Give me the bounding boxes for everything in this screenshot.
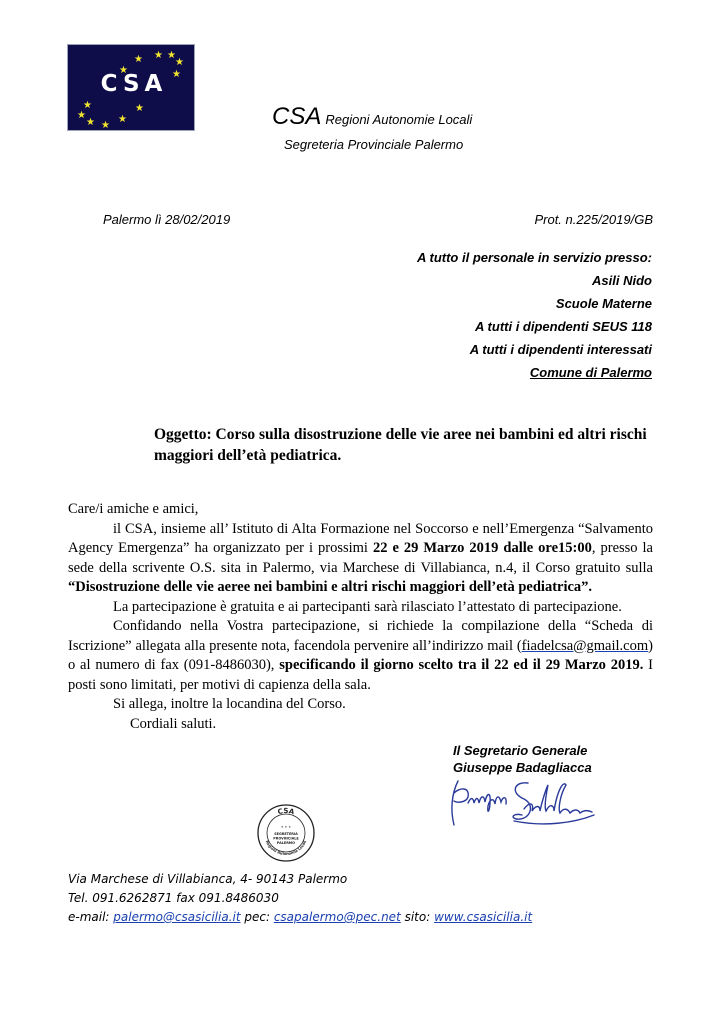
recipient-line: A tutto il personale in servizio presso: [417,249,652,272]
paragraph-free-participation: La partecipazione è gratuita e ai partec… [68,598,653,618]
star-icon: ★ [77,111,86,121]
star-icon: ★ [118,115,127,125]
footer-address: Via Marchese di Villabianca, 4- 90143 Pa… [68,870,532,889]
paragraph-course-info: il CSA, insieme all’ Istituto di Alta Fo… [68,520,653,598]
greeting: Care/i amiche e amici, [68,500,653,520]
footer-phone: Tel. 091.6262871 fax 091.8486030 [68,889,532,908]
email-label: e-mail: [68,910,113,924]
choose-date-note: specificando il giorno scelto tra il 22 … [279,657,643,673]
star-icon: ★ [134,55,143,65]
star-icon: ★ [172,70,181,80]
footer-contacts: Via Marchese di Villabianca, 4- 90143 Pa… [68,870,532,927]
course-dates: 22 e 29 Marzo 2019 dalle ore15:00 [373,540,592,556]
course-title: “Disostruzione delle vie aeree nei bambi… [68,579,592,595]
org-name: CSA [272,103,321,130]
svg-text:✶ ✶ ✶: ✶ ✶ ✶ [281,825,292,829]
pec-label: pec: [241,910,274,924]
website-link[interactable]: www.csasicilia.it [434,910,532,924]
subject-line-1: Oggetto: Corso sulla disostruzione delle… [154,424,674,445]
subject-line-2: maggiori dell’età pediatrica. [154,445,674,466]
signature-block: Il Segretario Generale Giuseppe Badaglia… [453,742,592,776]
svg-text:PALERMO: PALERMO [277,841,295,845]
svg-text:CSA: CSA [277,807,296,816]
footer-links: e-mail: palermo@csasicilia.it pec: csapa… [68,908,532,927]
pec-link[interactable]: csapalermo@pec.net [274,910,401,924]
signer-title: Il Segretario Generale [453,742,592,759]
svg-text:SEGRETERIA: SEGRETERIA [274,832,298,836]
subject: Oggetto: Corso sulla disostruzione delle… [154,424,674,466]
recipient-line: Scuole Materne [417,295,652,318]
paragraph-registration: Confidando nella Vostra partecipazione, … [68,617,653,695]
star-icon: ★ [86,118,95,128]
recipient-line: Asili Nido [417,272,652,295]
closing: Cordiali saluti. [68,715,653,735]
star-icon: ★ [175,58,184,68]
star-icon: ★ [101,121,110,131]
star-icon: ★ [119,66,128,76]
protocol-number: Prot. n.225/2019/GB [534,212,653,227]
org-department: Segreteria Provinciale Palermo [284,137,463,152]
handwritten-signature [444,773,604,833]
recipients-block: A tutto il personale in servizio presso:… [417,249,652,387]
recipient-line: A tutti i dipendenti SEUS 118 [417,318,652,341]
star-icon: ★ [83,101,92,111]
org-subtitle: Regioni Autonomie Locali [325,112,472,127]
letter-body: Care/i amiche e amici, il CSA, insieme a… [68,500,653,734]
star-icon: ★ [154,51,163,61]
recipient-line-underlined: Comune di Palermo [530,365,652,380]
csa-logo: CSA ★ ★ ★ ★ ★ ★ ★ ★ ★ ★ ★ ★ [67,44,195,131]
star-icon: ★ [135,104,144,114]
svg-text:PROVINCIALE: PROVINCIALE [273,837,299,841]
recipient-line: A tutti i dipendenti interessati [417,341,652,364]
org-heading: CSARegioni Autonomie Locali [272,103,472,131]
registration-email-link[interactable]: fiadelcsa@gmail.com [522,638,649,654]
letter-date: Palermo lì 28/02/2019 [103,212,230,227]
official-stamp: CSA Regioni Autonomie Locali ✶ ✶ ✶ SEGRE… [256,803,316,863]
email-link[interactable]: palermo@csasicilia.it [113,910,240,924]
site-label: sito: [401,910,434,924]
paragraph-attachment: Si allega, inoltre la locandina del Cors… [68,695,653,715]
